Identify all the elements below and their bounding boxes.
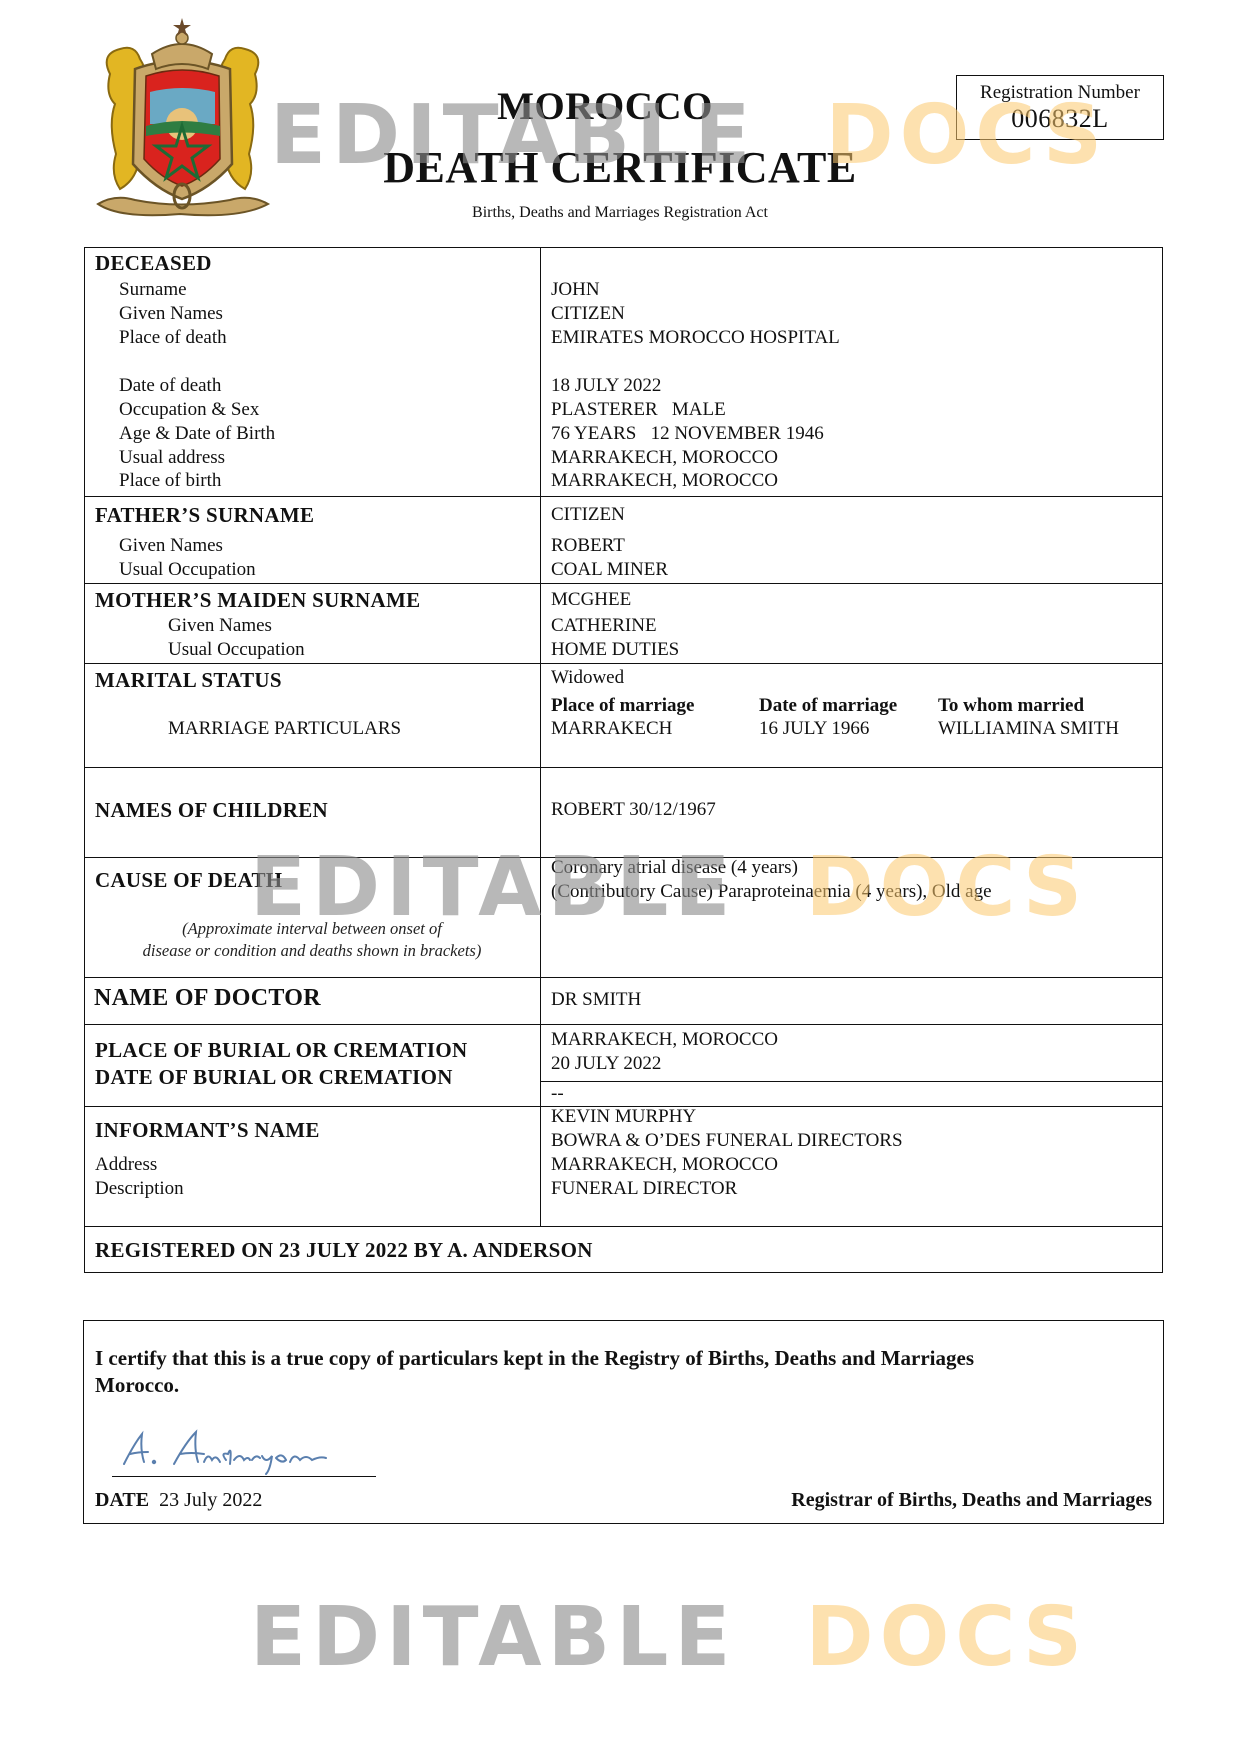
field-label: Usual address — [119, 446, 225, 470]
mother-surname: MCGHEE — [551, 588, 631, 612]
burial-place: MARRAKECH, MOROCCO — [551, 1028, 778, 1052]
row-divider — [84, 583, 1163, 584]
cause-heading: CAUSE OF DEATH — [95, 868, 282, 893]
field-label: Date of death — [119, 374, 221, 398]
burial-date-heading: DATE OF BURIAL OR CREMATION — [95, 1065, 453, 1090]
marriage-particulars-label: MARRIAGE PARTICULARS — [168, 717, 401, 741]
father-given-names: ROBERT — [551, 534, 625, 558]
certification-date: DATE 23 July 2022 — [95, 1488, 262, 1512]
registrar-signature — [116, 1424, 376, 1476]
marriage-place-header: Place of marriage — [551, 694, 694, 718]
spouse-name: WILLIAMINA SMITH — [938, 717, 1119, 741]
father-occupation: COAL MINER — [551, 558, 668, 582]
deceased-given-names: CITIZEN — [551, 302, 625, 326]
field-label: Usual Occupation — [119, 558, 256, 582]
informant-heading: INFORMANT’S NAME — [95, 1118, 320, 1143]
children-heading: NAMES OF CHILDREN — [95, 798, 328, 823]
informant-description-label: Description — [95, 1177, 184, 1201]
cause-contributory: (Contributory Cause) Paraproteinaemia (4… — [551, 880, 992, 904]
date-value: 23 July 2022 — [159, 1489, 262, 1511]
watermark: EDITABLE DOCS — [250, 1590, 1088, 1685]
cause-note: (Approximate interval between onset of d… — [84, 918, 540, 962]
registrar-title: Registrar of Births, Deaths and Marriage… — [791, 1488, 1152, 1512]
field-label: Age & Date of Birth — [119, 422, 275, 446]
usual-address: MARRAKECH, MOROCCO — [551, 446, 778, 470]
row-divider — [84, 1226, 1163, 1227]
children-names: ROBERT 30/12/1967 — [551, 798, 716, 822]
row-divider — [84, 663, 1163, 664]
place-of-death: EMIRATES MOROCCO HOSPITAL — [551, 326, 840, 350]
deceased-heading: DECEASED — [95, 251, 212, 276]
column-divider — [540, 247, 541, 1226]
certification-line1: I certify that this is a true copy of pa… — [95, 1345, 1095, 1372]
spouse-header: To whom married — [938, 694, 1084, 718]
burial-place-heading: PLACE OF BURIAL OR CREMATION — [95, 1038, 467, 1063]
row-divider — [540, 1081, 1163, 1082]
row-divider — [84, 767, 1163, 768]
signature-line — [112, 1476, 376, 1477]
marital-status: Widowed — [551, 666, 624, 690]
marriage-place: MARRAKECH — [551, 717, 672, 741]
doctor-heading: NAME OF DOCTOR — [94, 985, 321, 1012]
deceased-surname: JOHN — [551, 278, 600, 302]
informant-description: FUNERAL DIRECTOR — [551, 1177, 737, 1201]
mother-occupation: HOME DUTIES — [551, 638, 679, 662]
informant-name: KEVIN MURPHY — [551, 1105, 696, 1129]
cause-note-line1: (Approximate interval between onset of — [84, 918, 540, 940]
marriage-date: 16 JULY 1966 — [759, 717, 869, 741]
field-label: Place of birth — [119, 469, 221, 493]
place-of-birth: MARRAKECH, MOROCCO — [551, 469, 778, 493]
row-divider — [84, 977, 1163, 978]
date-of-death: 18 JULY 2022 — [551, 374, 661, 398]
burial-extra: -- — [551, 1082, 564, 1106]
document-title: DEATH CERTIFICATE — [0, 142, 1240, 193]
row-divider — [84, 1024, 1163, 1025]
date-label: DATE — [95, 1489, 149, 1511]
field-label: Place of death — [119, 326, 227, 350]
marital-heading: MARITAL STATUS — [95, 668, 282, 693]
mother-given-names: CATHERINE — [551, 614, 657, 638]
informant-address-line2: MARRAKECH, MOROCCO — [551, 1153, 778, 1177]
registered-statement: REGISTERED ON 23 JULY 2022 BY A. ANDERSO… — [95, 1238, 593, 1263]
marriage-date-header: Date of marriage — [759, 694, 897, 718]
field-label: Given Names — [168, 614, 272, 638]
father-surname: CITIZEN — [551, 503, 625, 527]
field-label: Given Names — [119, 302, 223, 326]
informant-address-label: Address — [95, 1153, 157, 1177]
field-label: Usual Occupation — [168, 638, 305, 662]
burial-date: 20 JULY 2022 — [551, 1052, 661, 1076]
field-label: Surname — [119, 278, 187, 302]
cause-primary: Coronary atrial disease (4 years) — [551, 856, 798, 880]
registration-number-value: 006832L — [957, 104, 1163, 134]
certification-statement: I certify that this is a true copy of pa… — [95, 1345, 1095, 1399]
certification-line2: Morocco. — [95, 1372, 1095, 1399]
row-divider — [84, 496, 1163, 497]
field-label: Occupation & Sex — [119, 398, 259, 422]
father-heading: FATHER’S SURNAME — [95, 503, 314, 528]
registration-number-label: Registration Number — [957, 82, 1163, 104]
field-label: Given Names — [119, 534, 223, 558]
occupation-sex: PLASTERER MALE — [551, 398, 726, 422]
doctor-name: DR SMITH — [551, 988, 641, 1012]
informant-address-line1: BOWRA & O’DES FUNERAL DIRECTORS — [551, 1129, 903, 1153]
mother-heading: MOTHER’S MAIDEN SURNAME — [95, 588, 420, 613]
act-subtitle: Births, Deaths and Marriages Registratio… — [0, 204, 1240, 222]
registration-number-box: Registration Number 006832L — [956, 75, 1164, 140]
cause-note-line2: disease or condition and deaths shown in… — [84, 940, 540, 962]
age-date-of-birth: 76 YEARS 12 NOVEMBER 1946 — [551, 422, 824, 446]
